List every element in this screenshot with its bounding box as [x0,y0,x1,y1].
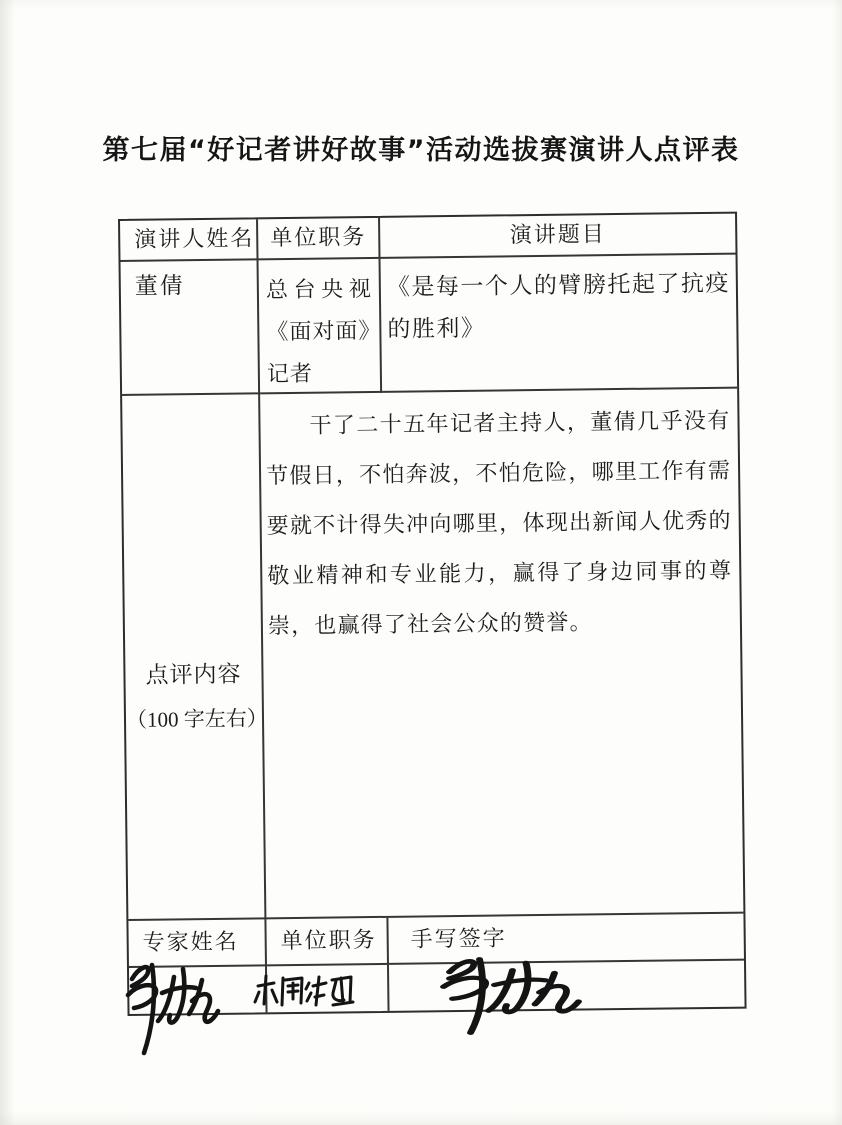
speech-topic-cell: 《是每一个人的臂膀托起了抗疫的胜利》 [381,255,738,393]
footer-unit-title: 单位职务 [266,918,389,966]
comment-text-cell: 干了二十五年记者主持人，董倩几乎没有节假日，不怕奔波，不怕危险，哪里工作有需要就… [260,389,743,920]
evaluation-form-table: 演讲人姓名 单位职务 演讲题目 董倩 总台央视《面对面》记者 《是每一个人的臂膀… [118,212,747,1016]
speaker-name-cell: 董倩 [121,260,261,396]
page-title: 第七届“好记者讲好故事”活动选拔赛演讲人点评表 [0,128,842,167]
header-speaker-name: 演讲人姓名 [120,219,258,262]
unit-title-handwriting [252,972,384,1018]
speaker-unit-cell: 总台央视《面对面》记者 [259,259,383,394]
comment-label-line1: 点评内容 [145,653,242,698]
header-unit-title: 单位职务 [258,218,380,260]
handwritten-signature [430,950,616,1046]
comment-label-line2: （100 字左右） [126,696,263,742]
comment-label-cell: 点评内容 （100 字左右） [122,394,266,921]
expert-name-signature-handwriting [119,955,239,1057]
scanned-form-page: 第七届“好记者讲好故事”活动选拔赛演讲人点评表 演讲人姓名 单位职务 演讲题目 … [0,0,842,1125]
header-speech-topic: 演讲题目 [380,214,735,259]
